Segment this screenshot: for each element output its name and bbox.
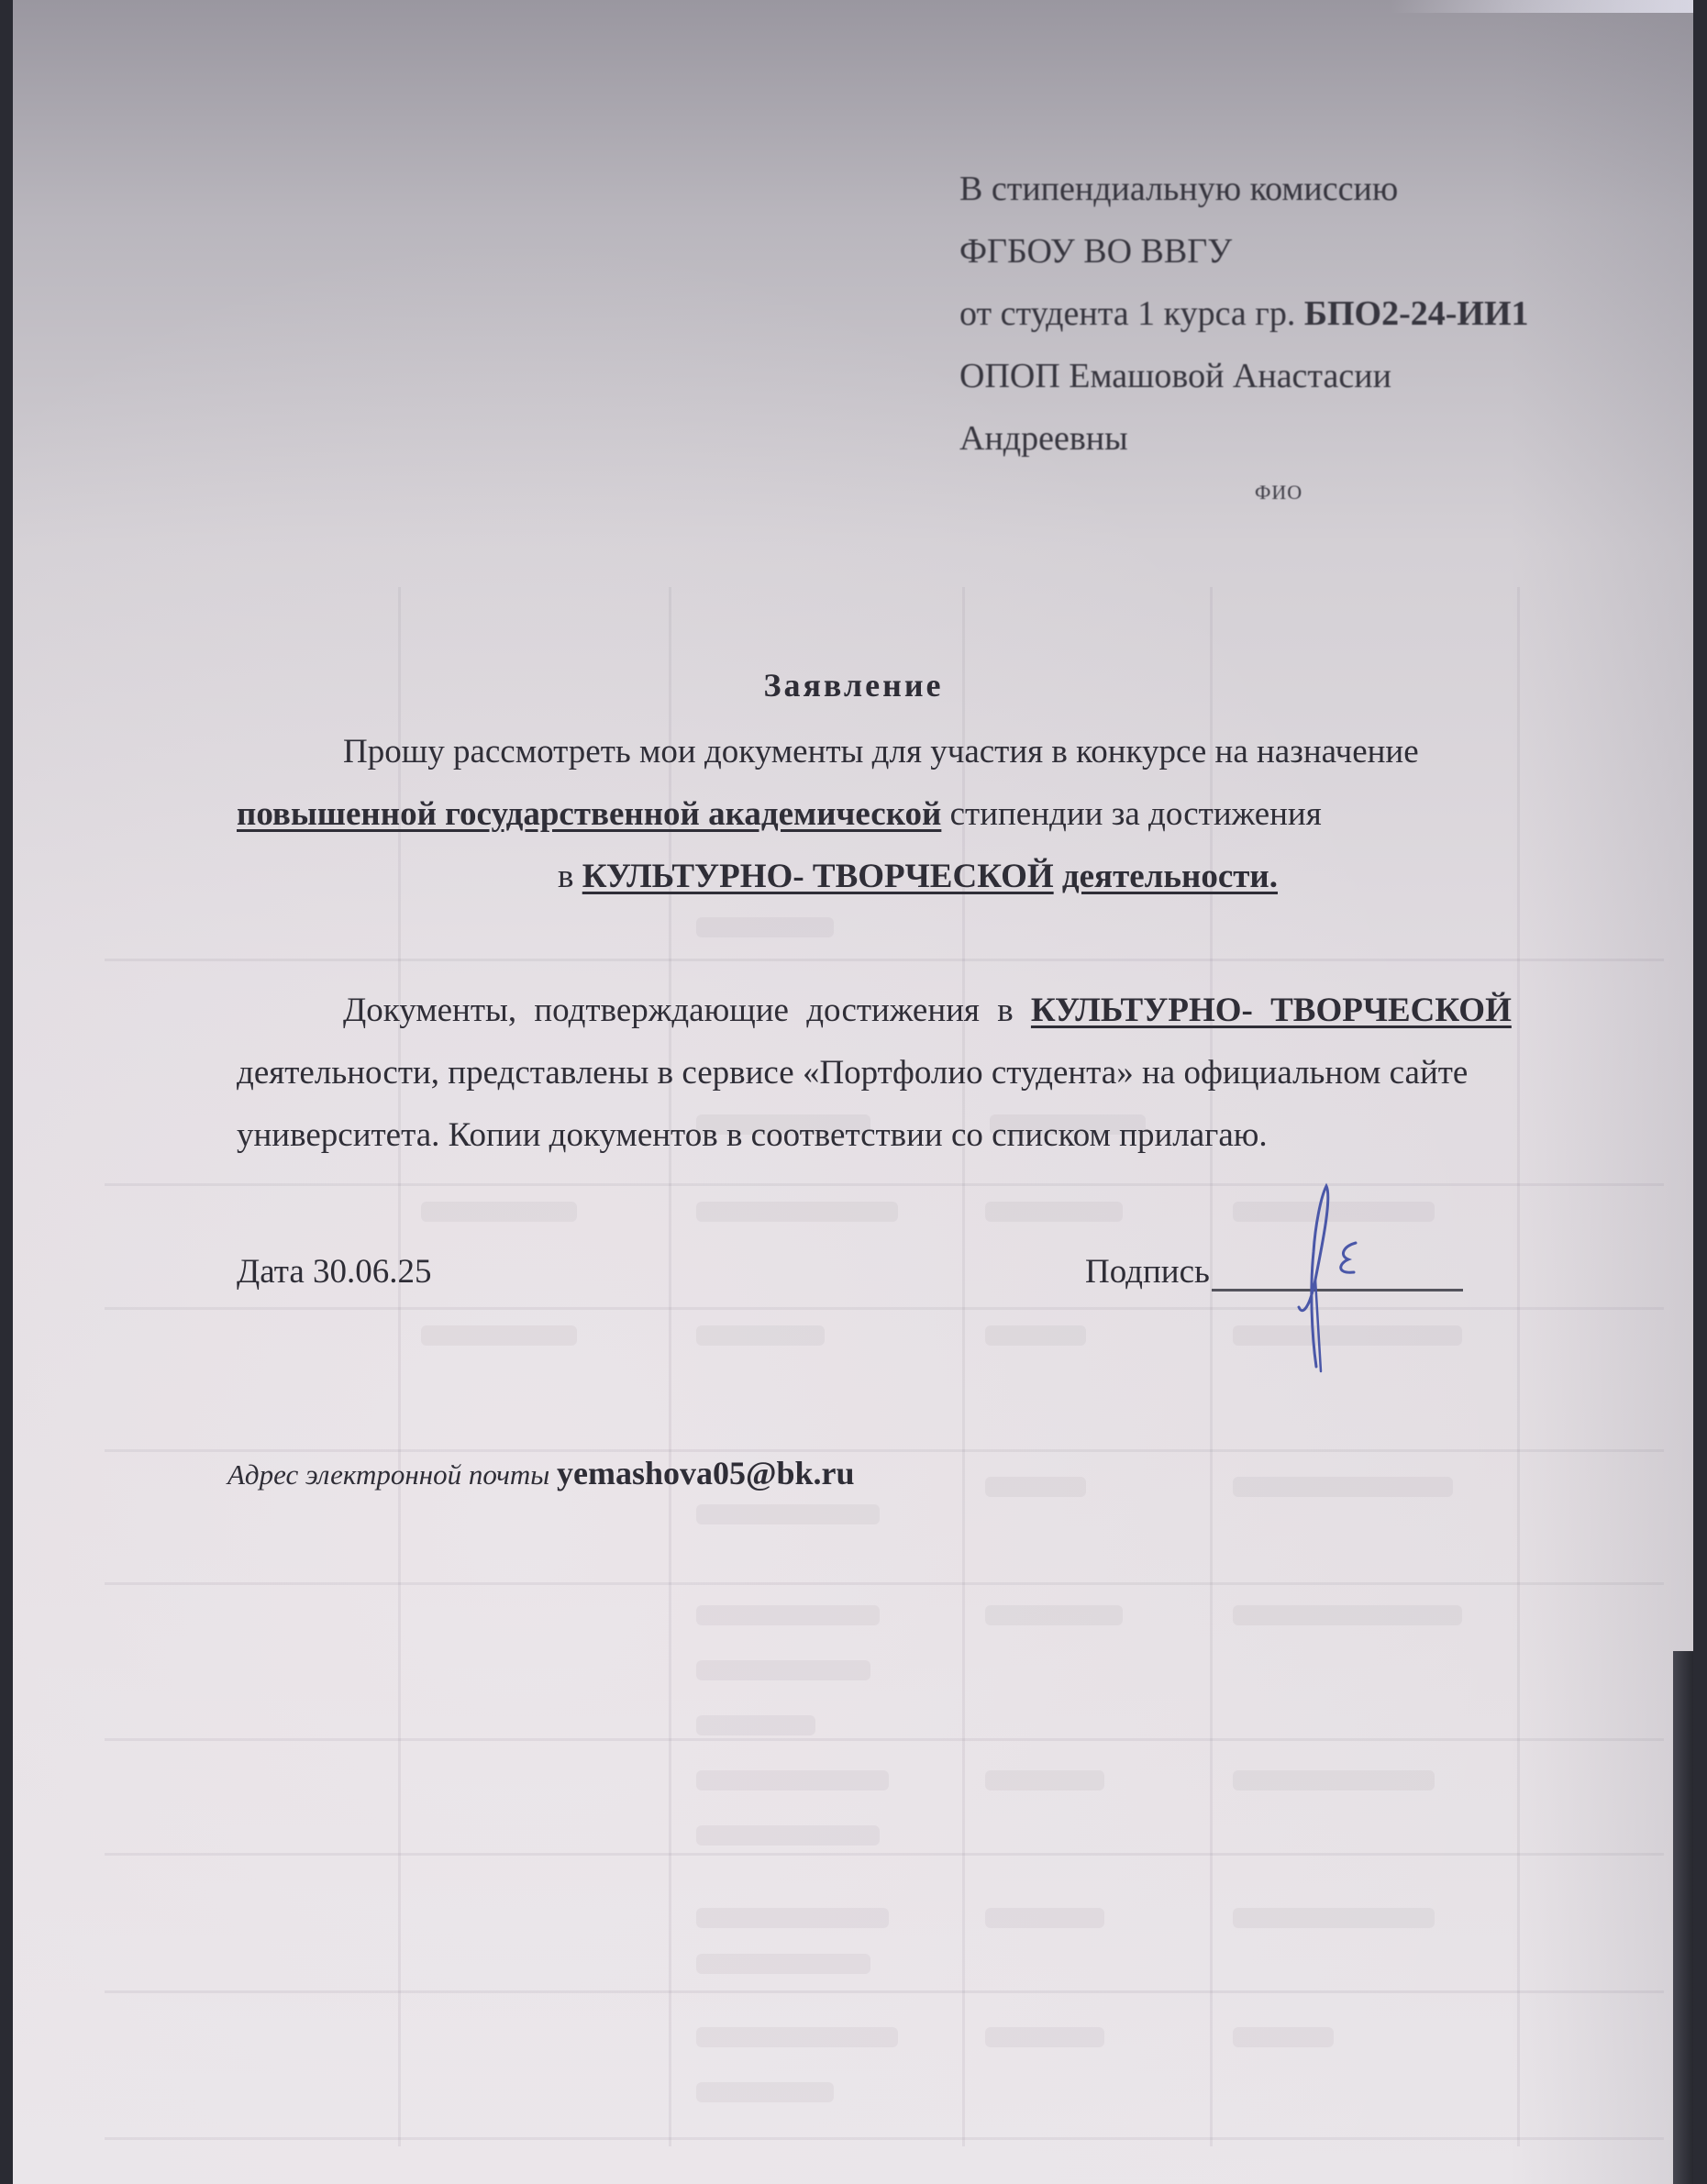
documents-line-2: деятельности, представлены в сервисе «По… [237,1042,1613,1104]
activity-type: КУЛЬТУРНО- ТВОРЧЕСКОЙ [582,858,1054,895]
recipient-line-patronymic: Андреевны [959,407,1529,470]
documents-line-3: университета. Копии документов в соответ… [237,1104,1613,1167]
request-line-3-prefix: в [558,858,582,895]
request-paragraph: Прошу рассмотреть мои документы для учас… [237,721,1613,908]
background-light-strip [1391,0,1693,13]
student-course-text: от студента 1 курса гр. [959,294,1304,333]
date-field: Дата 30.06.25 [237,1252,432,1292]
signature-field: Подпись [1085,1252,1463,1292]
fio-caption: ФИО [1255,481,1302,504]
request-line-3-space [1054,858,1062,895]
email-label: Адрес электронной почты [227,1458,557,1491]
page-edge-shadow [1673,1651,1693,2184]
signature-label: Подпись [1085,1252,1210,1292]
handwritten-signature-icon [1275,1179,1394,1380]
date-label: Дата [237,1253,313,1291]
documents-line-1: Документы, подтверждающие достижения в К… [237,980,1613,1042]
request-line-1: Прошу рассмотреть мои документы для учас… [237,721,1613,783]
request-line-2: повышенной государственной академической… [237,783,1613,846]
document-title: Заявление [0,666,1707,704]
documents-line-1-prefix: Документы, подтверждающие достижения в [343,992,1031,1029]
activity-word: деятельности. [1062,858,1278,895]
student-group: БПО2-24-ИИ1 [1304,294,1529,333]
scholarship-type: повышенной государственной академической [237,795,941,833]
recipient-line-commission: В стипендиальную комиссию [959,158,1529,220]
recipient-line-name: ОПОП Емашовой Анастасии [959,345,1529,407]
recipient-line-student: от студента 1 курса гр. БПО2-24-ИИ1 [959,283,1529,345]
email-value: yemashova05@bk.ru [557,1455,855,1491]
recipient-block: В стипендиальную комиссию ФГБОУ ВО ВВГУ … [959,158,1529,470]
documents-paragraph: Документы, подтверждающие достижения в К… [237,980,1613,1167]
date-value: 30.06.25 [313,1253,432,1291]
documents-activity-type: КУЛЬТУРНО- ТВОРЧЕСКОЙ [1031,992,1512,1029]
request-line-2-rest: стипендии за достижения [941,795,1321,833]
recipient-line-university: ФГБОУ ВО ВВГУ [959,220,1529,283]
request-line-3: в КУЛЬТУРНО- ТВОРЧЕСКОЙ деятельности. [237,846,1613,908]
email-field: Адрес электронной почты yemashova05@bk.r… [227,1454,855,1492]
